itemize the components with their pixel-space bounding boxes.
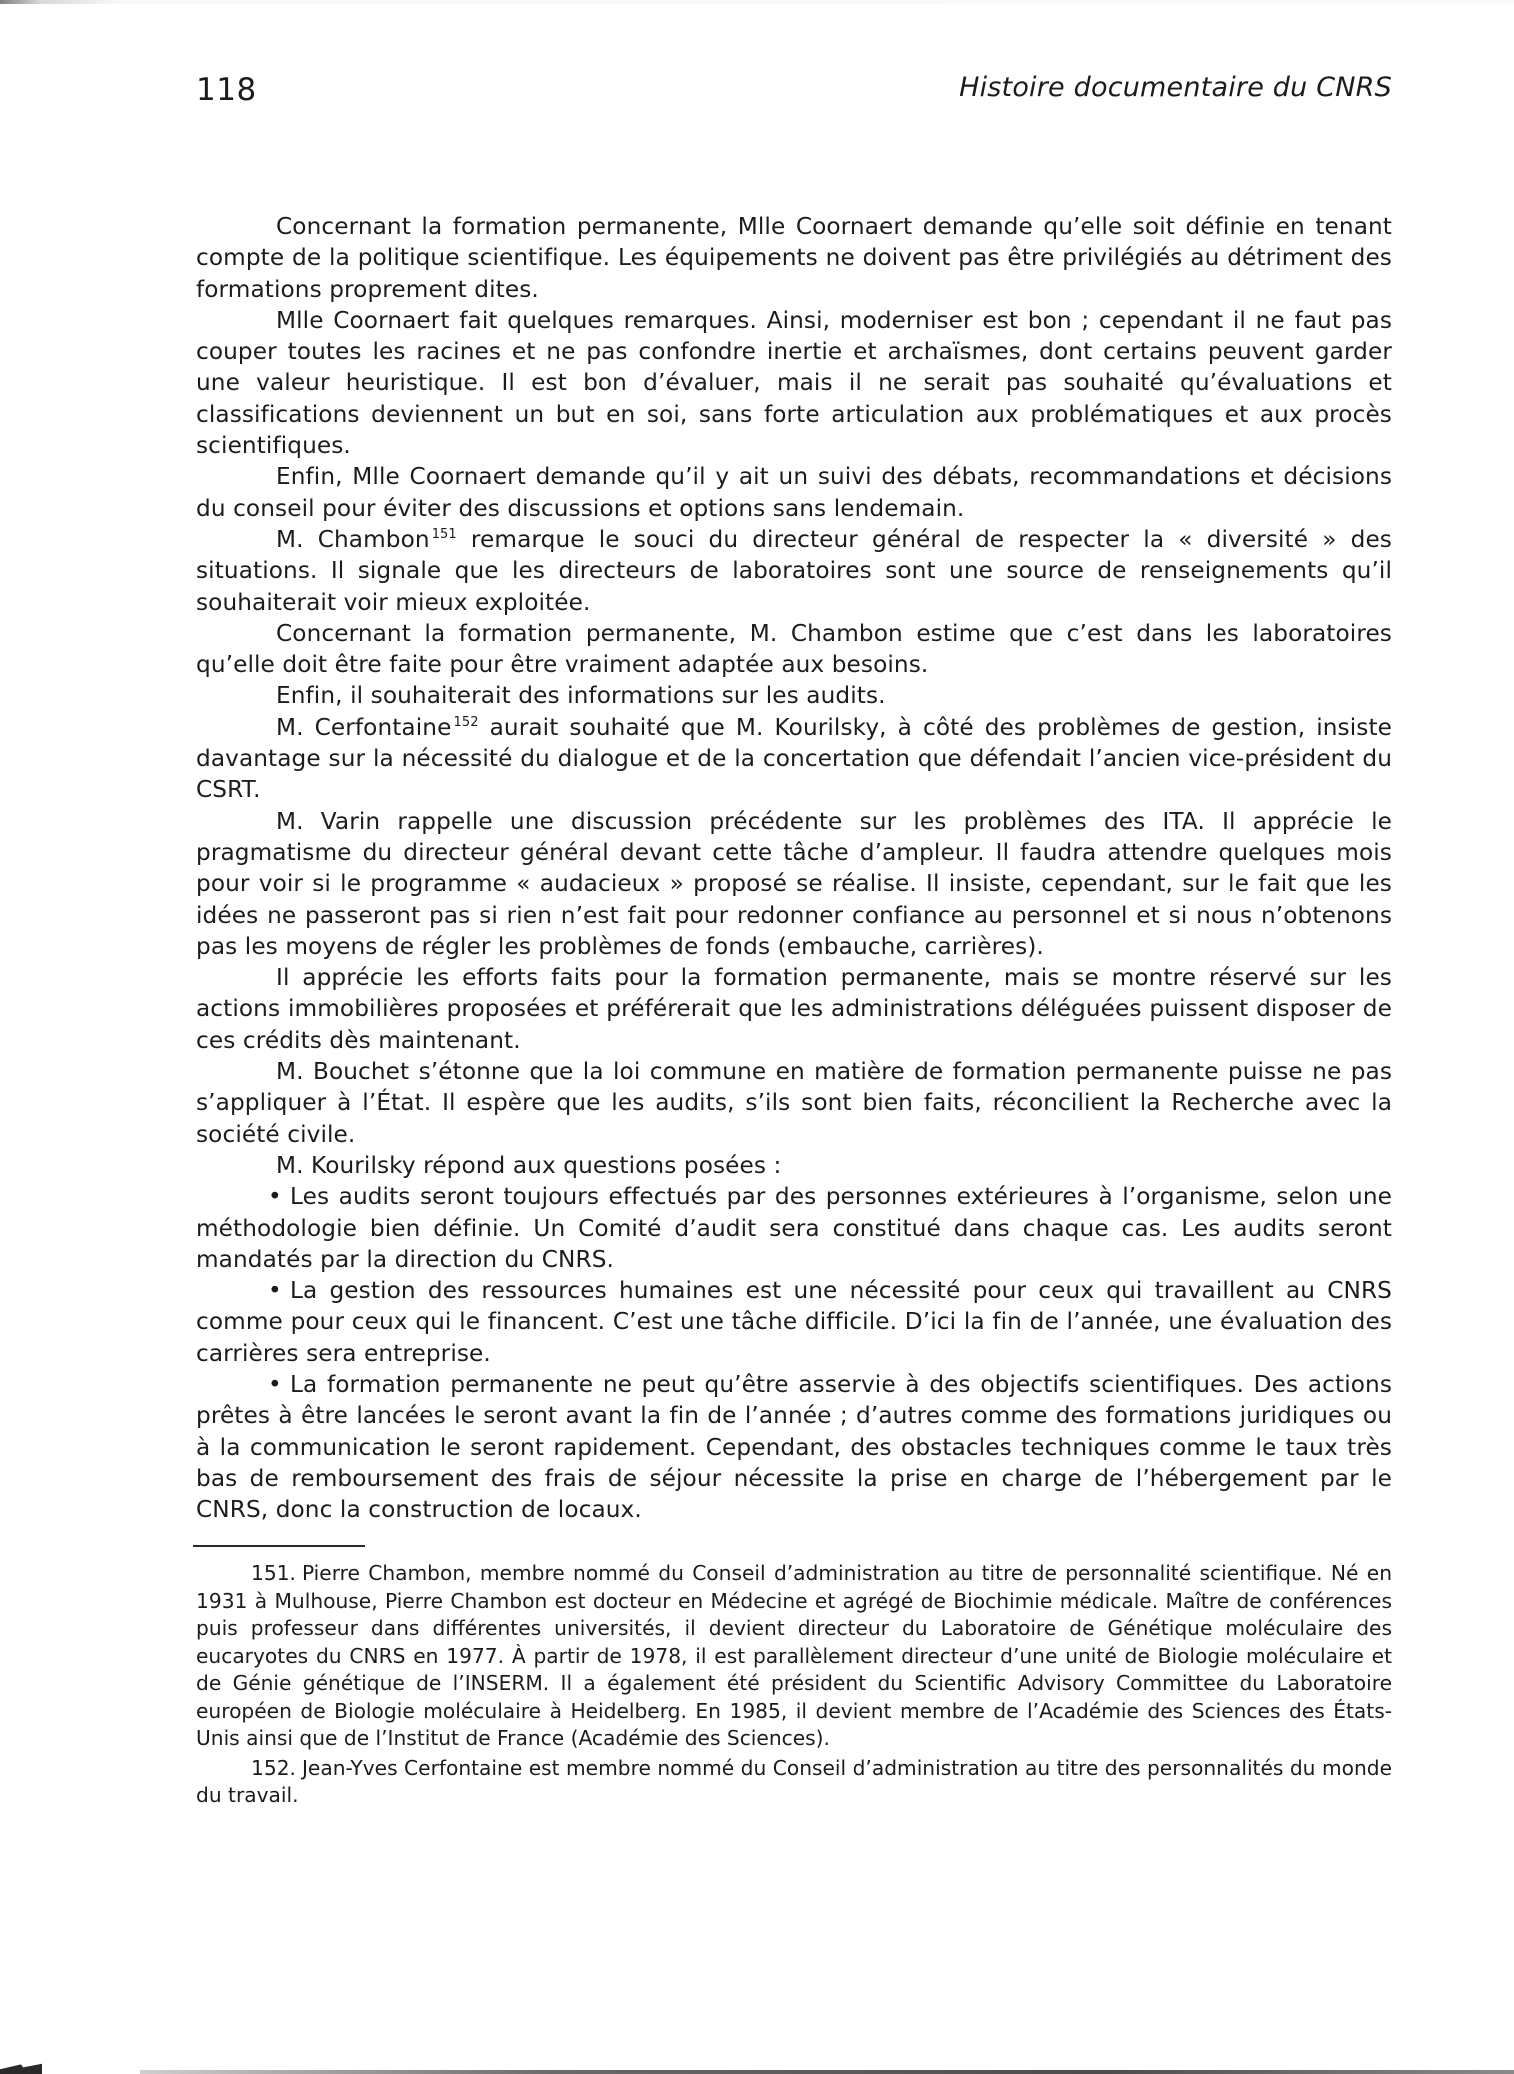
paragraph: M. Bouchet s’étonne que la loi commune e…	[196, 1056, 1392, 1150]
paragraph: M. Cerfontaine152 aurait souhaité que M.…	[196, 712, 1392, 806]
paragraph: Enfin, Mlle Coornaert demande qu’il y ai…	[196, 461, 1392, 524]
bullet-text: La formation permanente ne peut qu’être …	[196, 1371, 1392, 1523]
paragraph: M. Varin rappelle une discussion précéde…	[196, 806, 1392, 962]
footnote-text: Pierre Chambon, membre nommé du Conseil …	[196, 1561, 1392, 1750]
bullet-item: •La gestion des ressources humaines est …	[196, 1275, 1392, 1369]
paragraph: Mlle Coornaert fait quelques remarques. …	[196, 305, 1392, 461]
page-number: 118	[196, 72, 257, 108]
paragraph: Concernant la formation permanente, M. C…	[196, 618, 1392, 681]
bullet-icon: •	[268, 1369, 290, 1400]
bullet-item: •La formation permanente ne peut qu’être…	[196, 1369, 1392, 1525]
paragraph: Concernant la formation permanente, Mlle…	[196, 211, 1392, 305]
footnote-151: 151.Pierre Chambon, membre nommé du Cons…	[196, 1560, 1392, 1753]
footnote-ref-152[interactable]: 152	[453, 715, 478, 730]
bullet-item: •Les audits seront toujours effectués pa…	[196, 1181, 1392, 1275]
running-head: 118 Histoire documentaire du CNRS	[196, 72, 1392, 112]
bullet-text: La gestion des ressources humaines est u…	[196, 1277, 1392, 1367]
footnote-ref-151[interactable]: 151	[432, 527, 457, 542]
footnote-text: Jean-Yves Cerfontaine est membre nommé d…	[196, 1756, 1392, 1808]
bullet-icon: •	[268, 1275, 290, 1306]
paragraph: Enfin, il souhaiterait des informations …	[196, 680, 1392, 711]
speaker-name: M. Cerfontaine	[276, 714, 451, 741]
footnotes: 151.Pierre Chambon, membre nommé du Cons…	[196, 1560, 1392, 1812]
footnote-152: 152.Jean-Yves Cerfontaine est membre nom…	[196, 1755, 1392, 1810]
paragraph: M. Chambon151 remarque le souci du direc…	[196, 524, 1392, 618]
paragraph: M. Kourilsky répond aux questions posées…	[196, 1150, 1392, 1181]
scan-artifact-corner	[0, 2062, 42, 2074]
bullet-text: Les audits seront toujours effectués par…	[196, 1183, 1392, 1273]
footnote-number: 152.	[251, 1756, 296, 1780]
footnote-divider	[193, 1545, 365, 1547]
running-title: Histoire documentaire du CNRS	[959, 72, 1392, 103]
footnote-number: 151.	[251, 1561, 296, 1585]
speaker-name: M. Chambon	[276, 526, 430, 553]
scan-edge-top	[0, 0, 1514, 4]
paragraph: Il apprécie les efforts faits pour la fo…	[196, 962, 1392, 1056]
body-text: Concernant la formation permanente, Mlle…	[196, 211, 1392, 1525]
bullet-icon: •	[268, 1181, 290, 1212]
scan-edge-bottom	[140, 2070, 1514, 2074]
